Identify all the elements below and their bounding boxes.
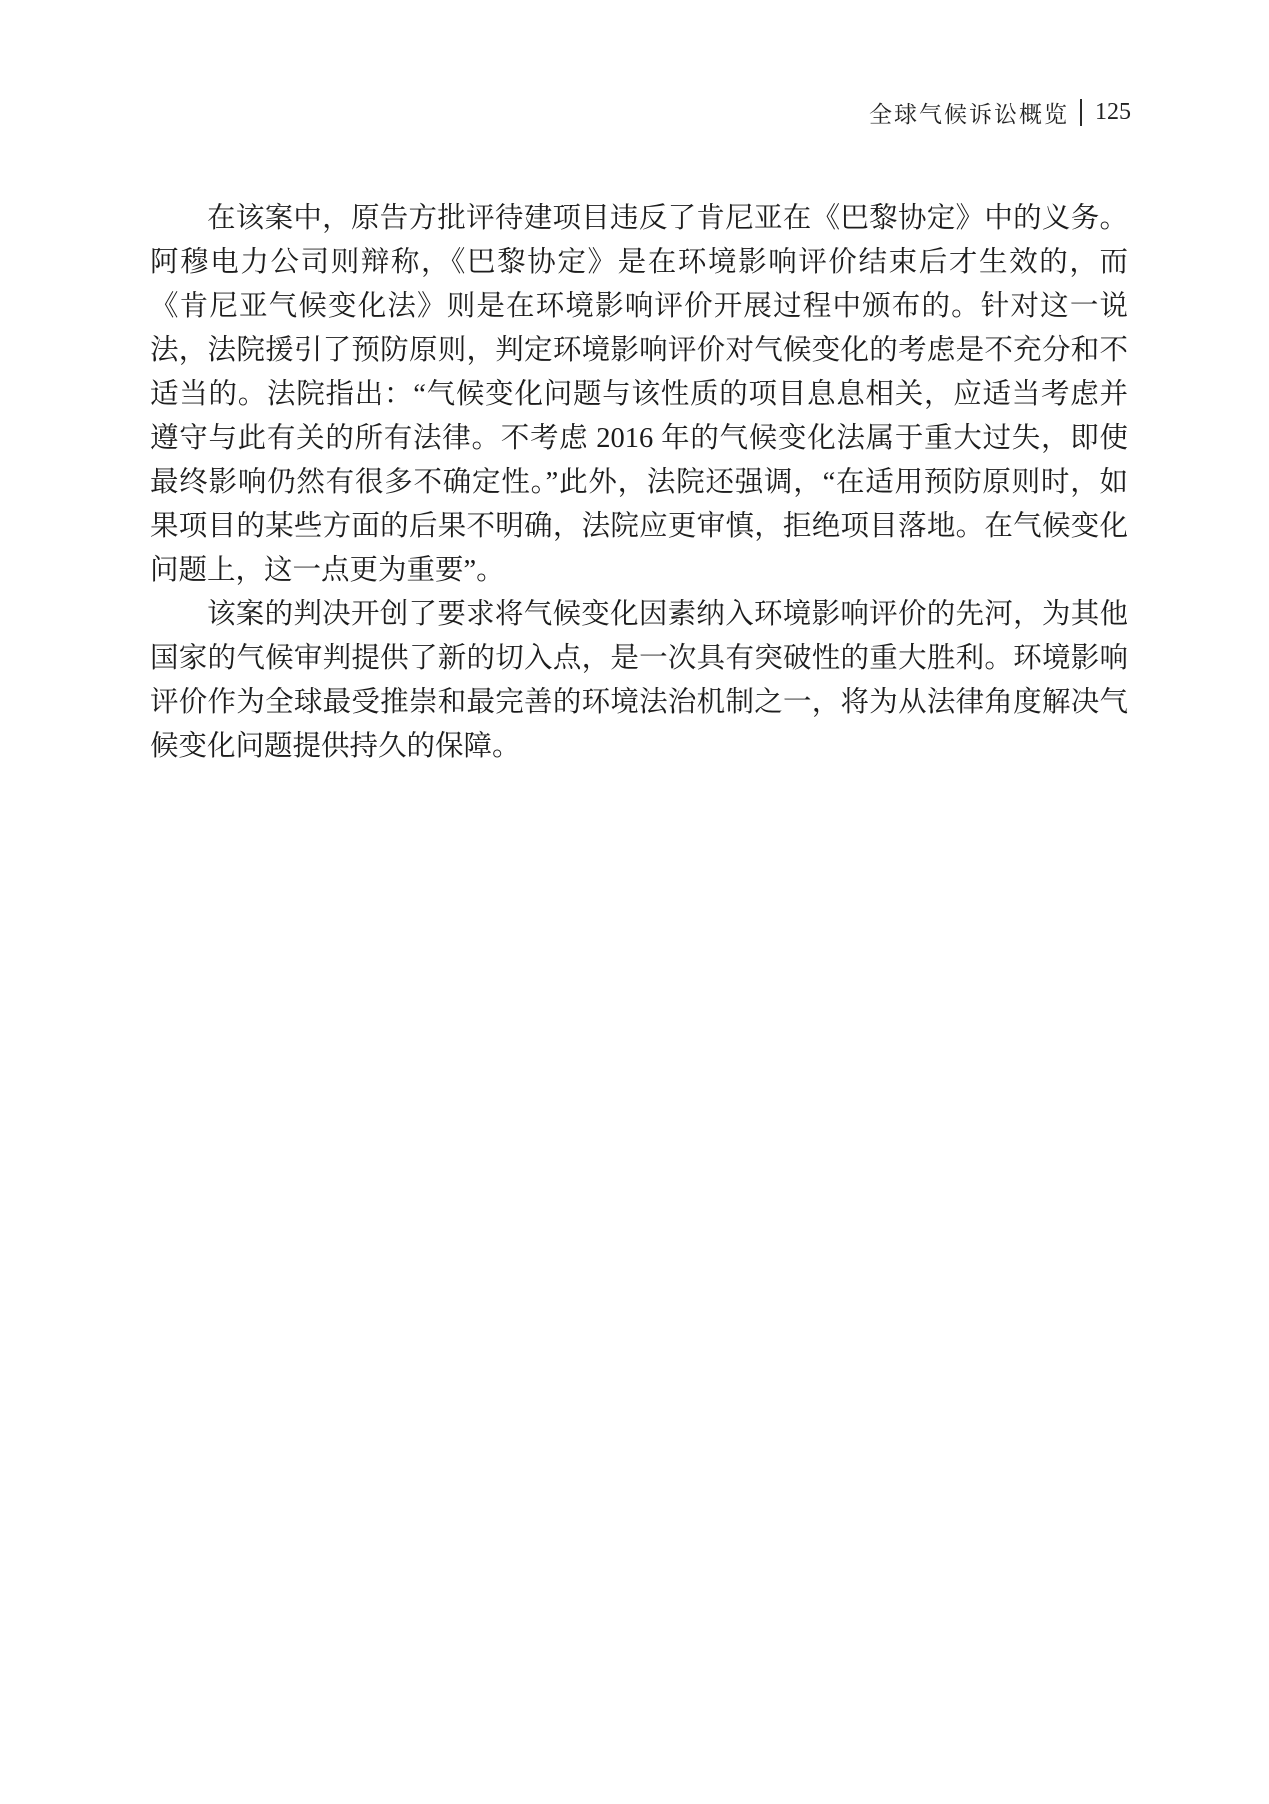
paragraph-2: 该案的判决开创了要求将气候变化因素纳入环境影响评价的先河，为其他国家的气候审判提… — [150, 593, 1128, 769]
body-text: 在该案中，原告方批评待建项目违反了肯尼亚在《巴黎协定》中的义务。阿穆电力公司则辩… — [150, 197, 1128, 769]
book-page: 全球气候诉讼概览 125 在该案中，原告方批评待建项目违反了肯尼亚在《巴黎协定》… — [0, 0, 1269, 1804]
header-divider-rule — [1080, 99, 1082, 126]
running-header: 全球气候诉讼概览 125 — [869, 96, 1131, 129]
running-header-title: 全球气候诉讼概览 — [869, 96, 1069, 129]
paragraph-1: 在该案中，原告方批评待建项目违反了肯尼亚在《巴黎协定》中的义务。阿穆电力公司则辩… — [150, 197, 1128, 593]
page-number: 125 — [1095, 99, 1131, 126]
